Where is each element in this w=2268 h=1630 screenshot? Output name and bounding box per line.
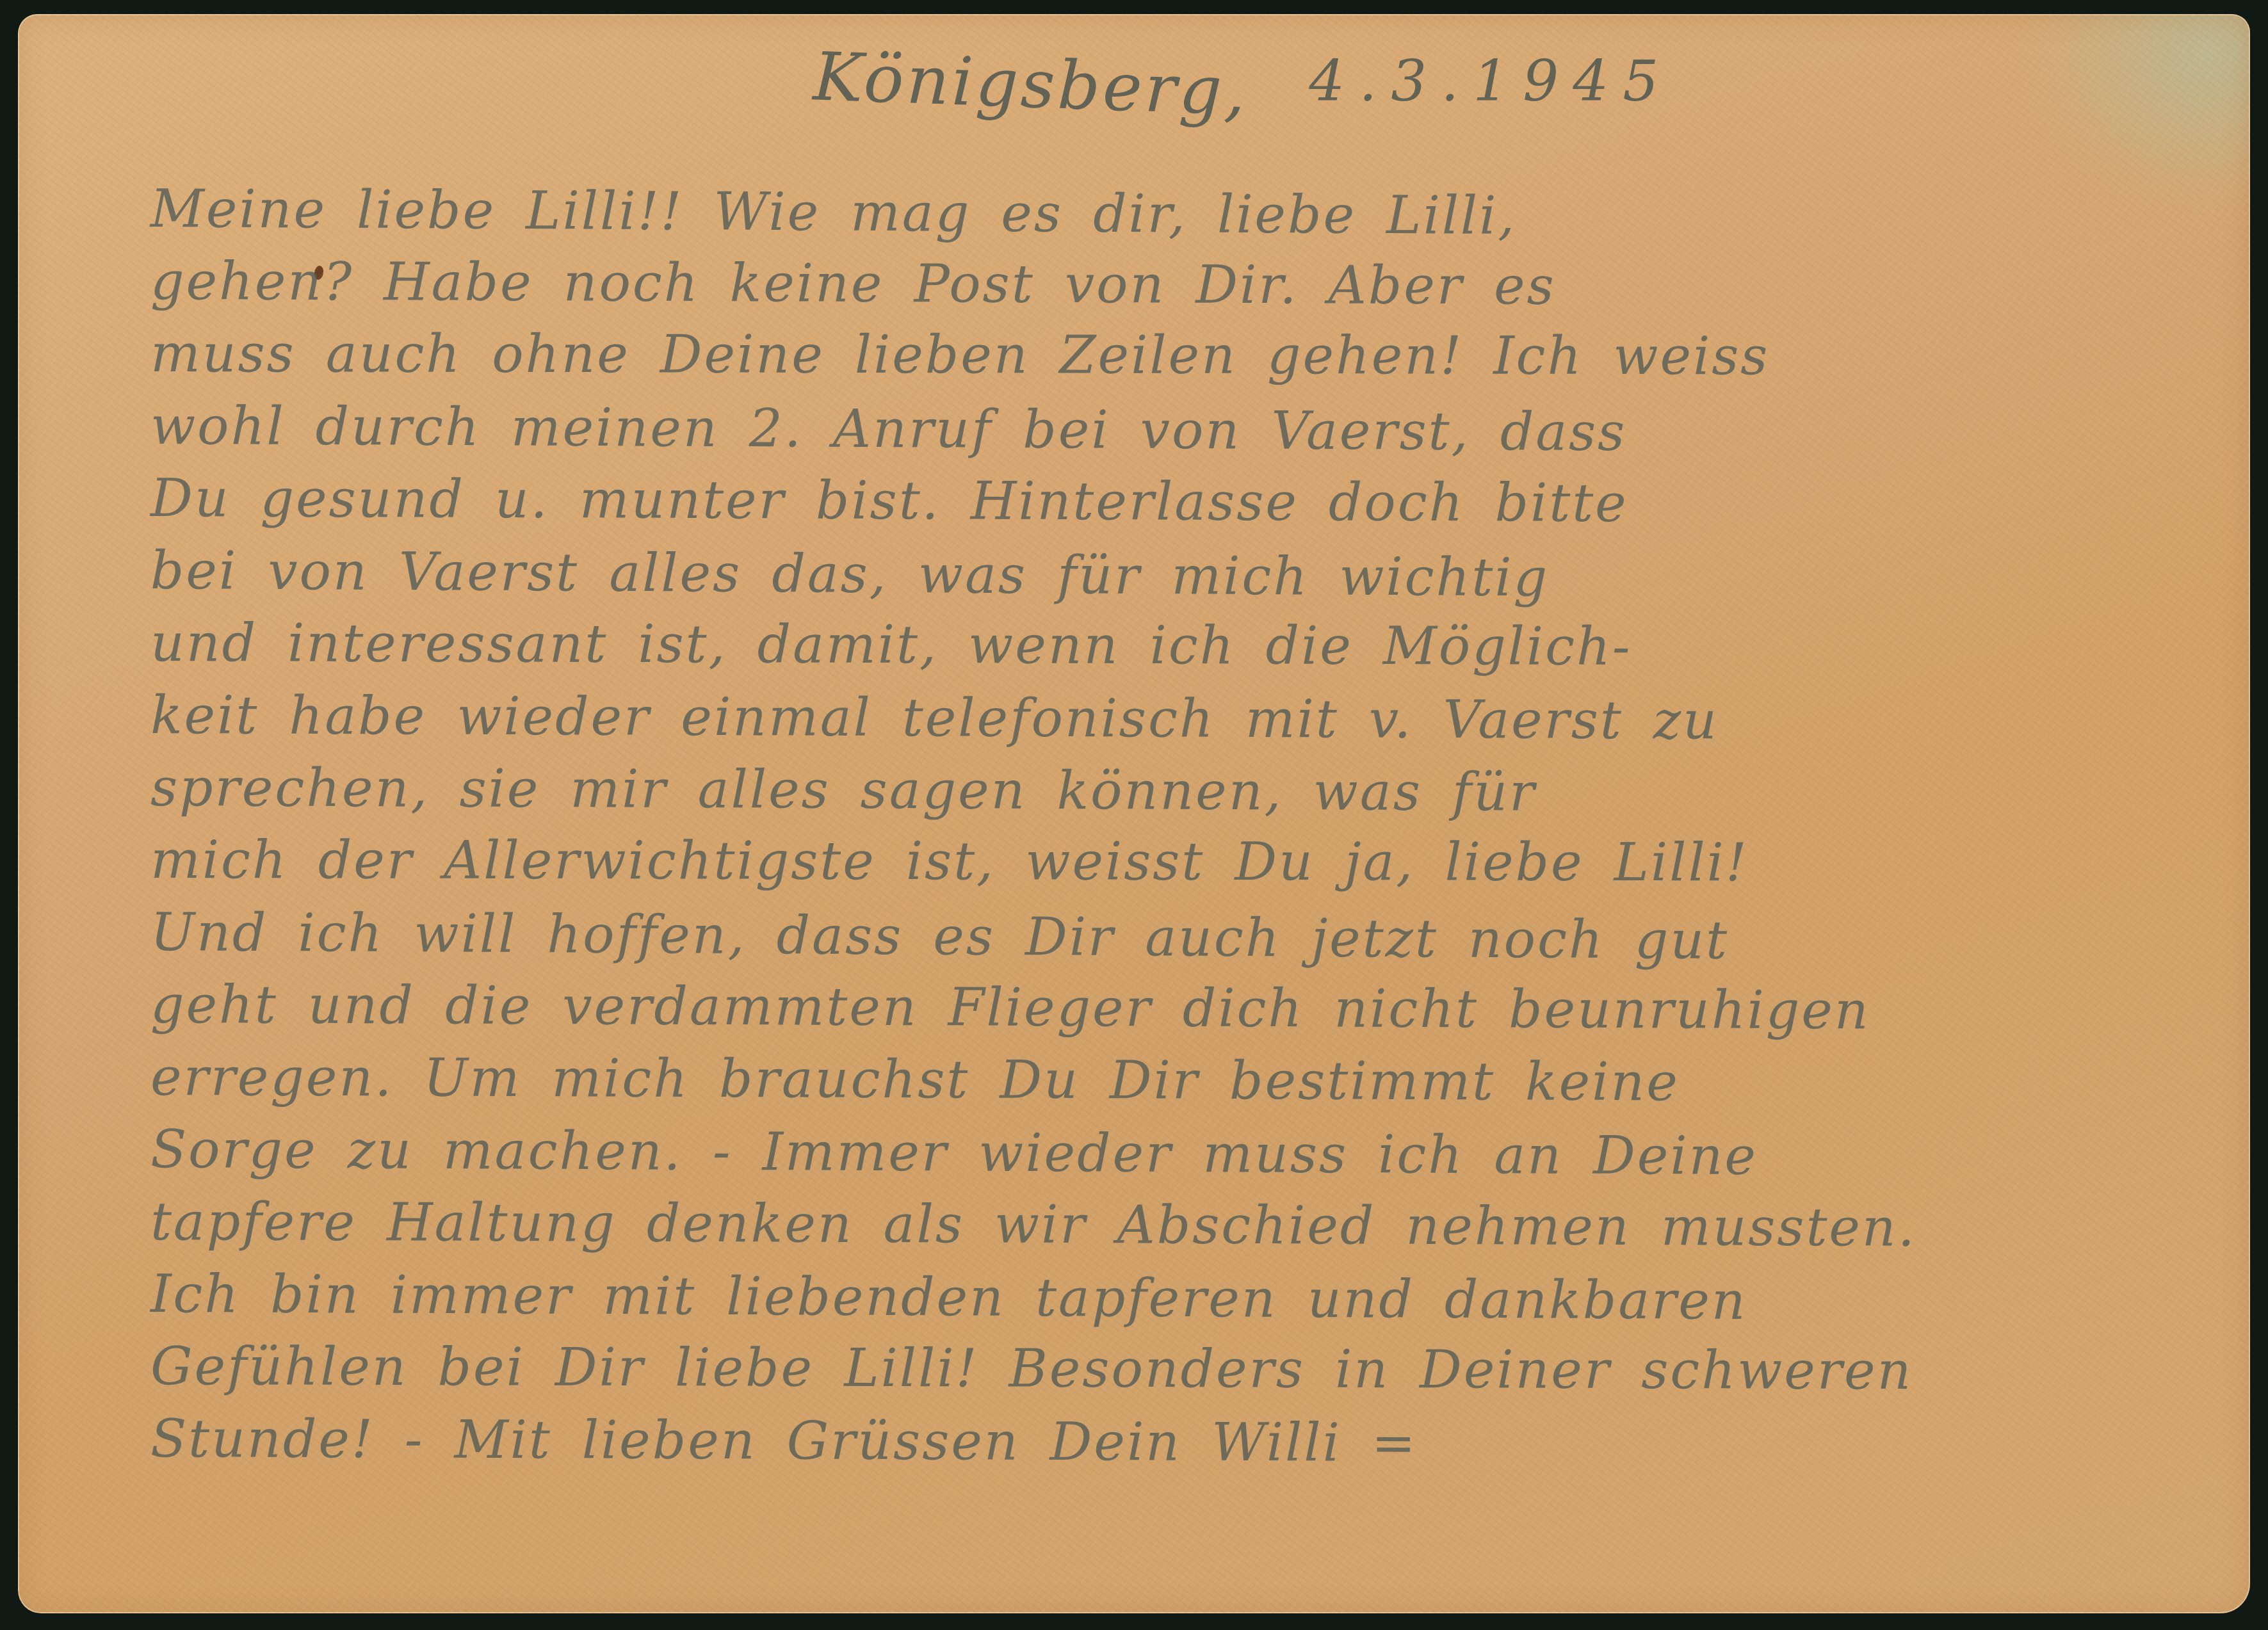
letter-line: sprechen, sie mir alles sagen können, wa… <box>150 752 2167 831</box>
letter-line: tapfere Haltung denken als wir Abschied … <box>150 1186 2167 1265</box>
letter-line: gehen? Habe noch keine Post von Dir. Abe… <box>150 245 2167 325</box>
letter-line: und interessant ist, damit, wenn ich die… <box>150 607 2167 684</box>
letter-line: muss auch ohne Deine lieben Zeilen gehen… <box>150 318 2167 393</box>
letter-line: Und ich will hoffen, dass es Dir auch je… <box>150 896 2168 979</box>
letter-signature-line: Stunde! - Mit lieben Grüssen Dein Willi … <box>150 1403 2167 1482</box>
letter-line: bei von Vaerst alles das, was für mich w… <box>150 535 2168 617</box>
letter-line: wohl durch meinen 2. Anruf bei von Vaers… <box>150 390 2167 471</box>
letter-line: Gefühlen bei Dir liebe Lilli! Besonders … <box>150 1330 2167 1408</box>
letter-line: Meine liebe Lilli!! Wie mag es dir, lieb… <box>150 173 2168 255</box>
letter-line: erregen. Um mich brauchst Du Dir bestimm… <box>150 1041 2167 1120</box>
letter-line: Ich bin immer mit liebenden tapferen und… <box>150 1258 2167 1339</box>
letter-line: keit habe wieder einmal telefonisch mit … <box>150 679 2167 759</box>
place-name: Königsberg, <box>812 37 1249 131</box>
letter-body: Meine liebe Lilli!! Wie mag es dir, lieb… <box>150 173 2167 1475</box>
letter-line: Du gesund u. munter bist. Hinterlasse do… <box>150 462 2167 542</box>
letter-heading: Königsberg, 4.3.1945 <box>813 45 1673 123</box>
letter-line: geht und die verdammten Flieger dich nic… <box>150 969 2167 1048</box>
letter-line: mich der Allerwichtigste ist, weisst Du … <box>150 824 2167 900</box>
letter-line: Sorge zu machen. - Immer wieder muss ich… <box>150 1113 2167 1195</box>
letter-date: 4.3.1945 <box>1309 48 1673 114</box>
